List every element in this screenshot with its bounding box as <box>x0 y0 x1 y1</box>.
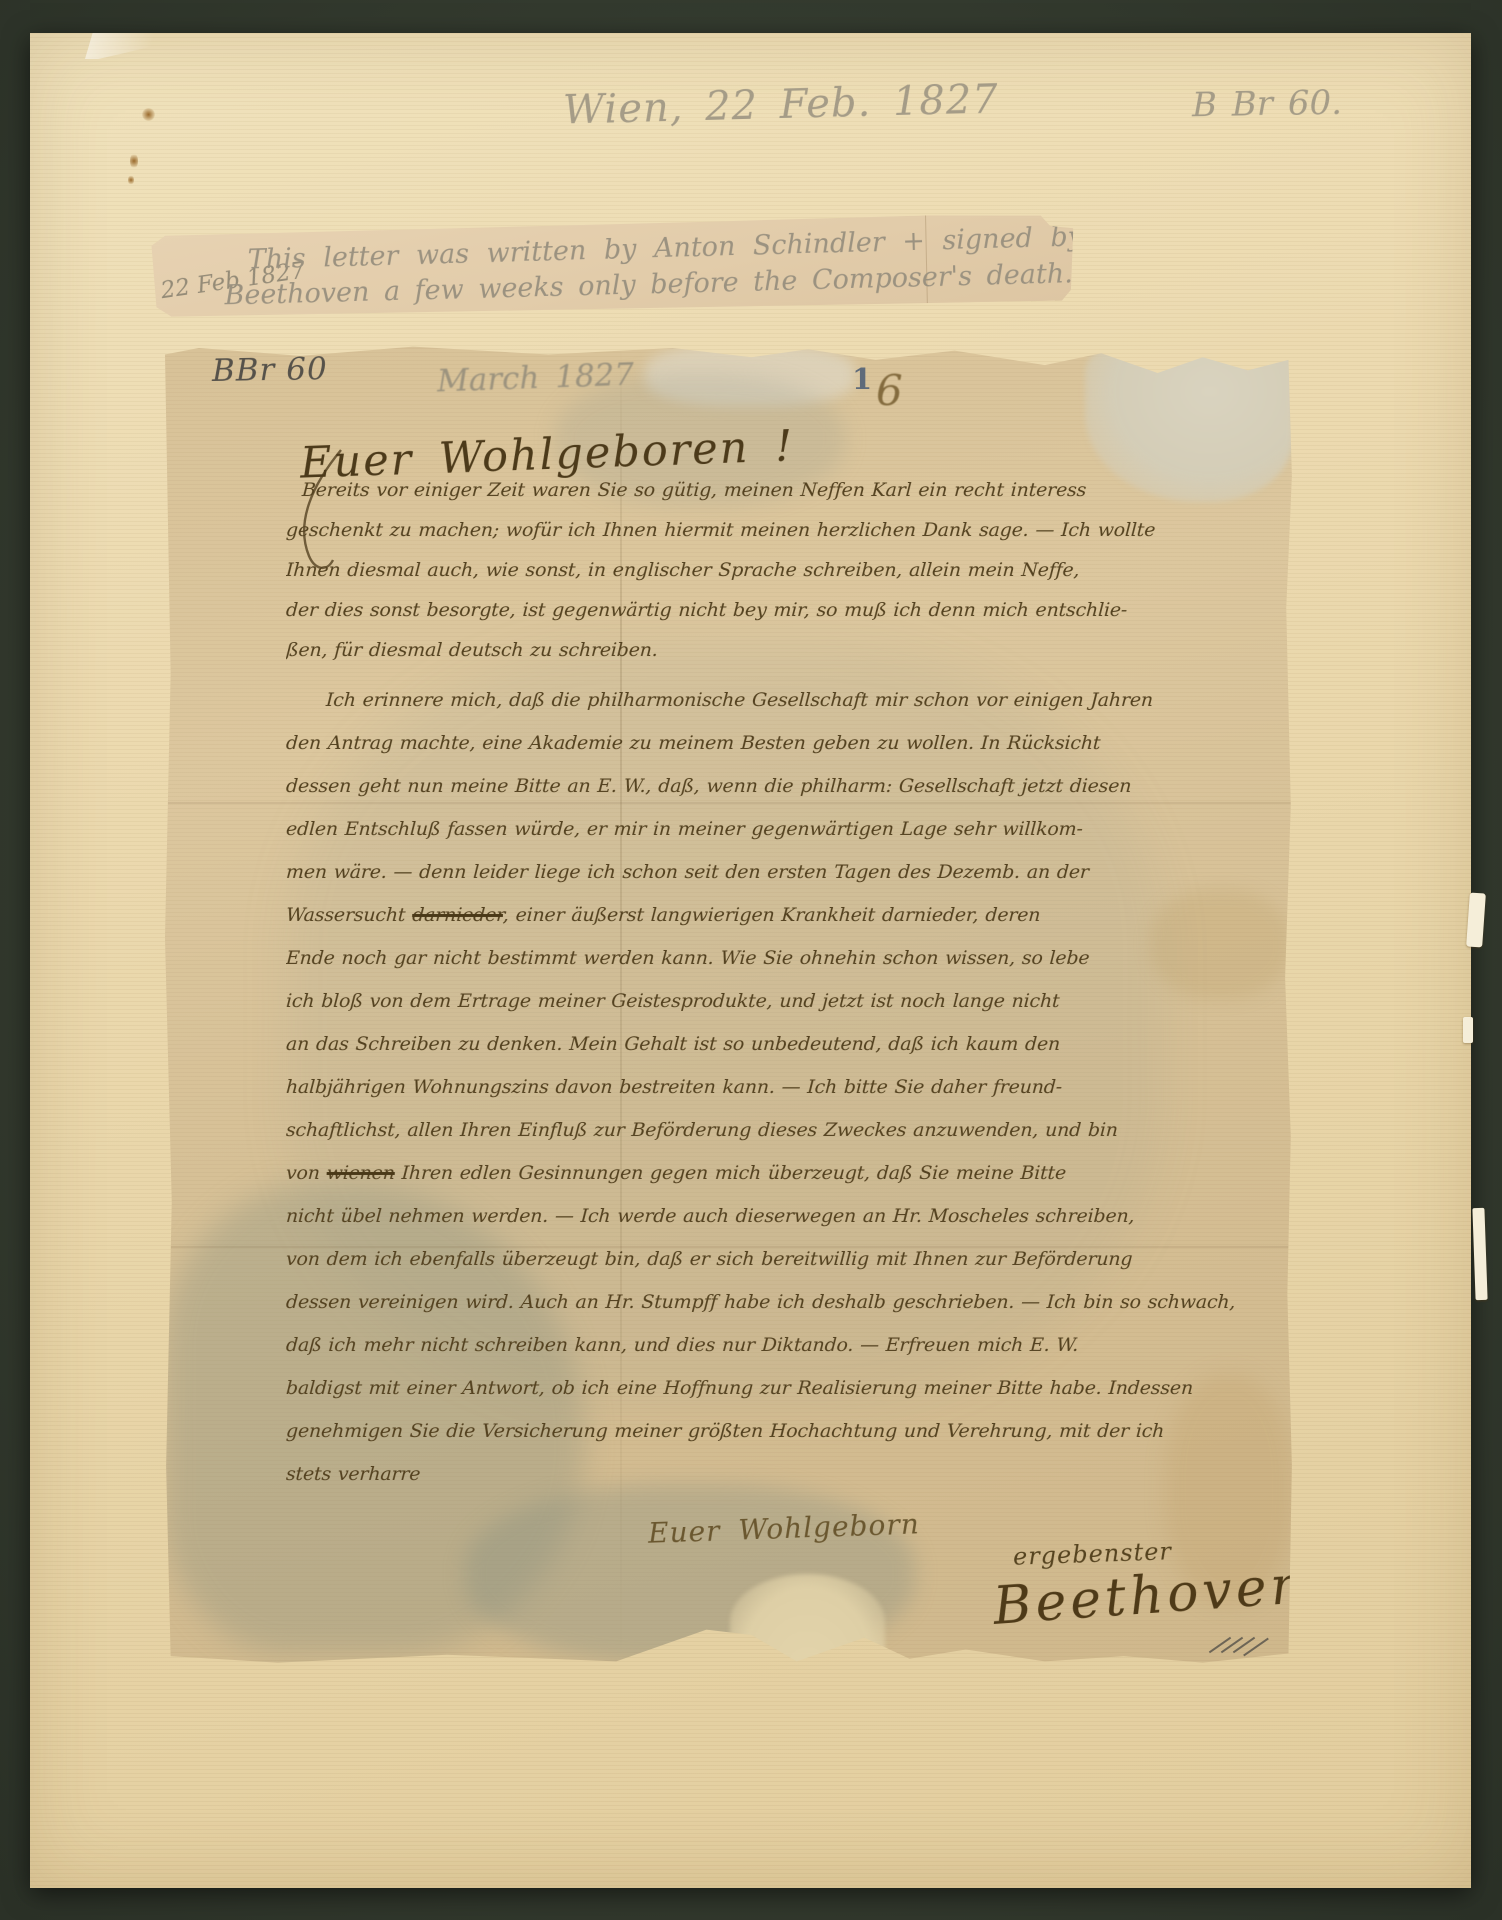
pencil-shelfmark-annotation: B Br 60. <box>1192 83 1343 126</box>
letter-body-paragraph-2: Ich erinnere mich, daß die philharmonisc… <box>286 679 1296 1496</box>
letter-body-line: ßen, für diesmal deutsch zu schreiben. <box>286 630 1296 670</box>
letter-body-line: baldigst mit einer Antwort, ob ich eine … <box>286 1367 1296 1410</box>
foxing-spot <box>130 153 138 169</box>
letter-body-line: genehmigen Sie die Versicherung meiner g… <box>286 1410 1296 1453</box>
letter-body-line: nicht übel nehmen werden. — Ich werde au… <box>286 1195 1296 1238</box>
letter-number-annotation: 1 <box>852 362 872 396</box>
letter-body-line: stets verharre <box>286 1453 1296 1496</box>
letter-body-line: der dies sonst besorgte, ist gegenwärtig… <box>286 590 1296 630</box>
letter-body-line: Ihnen diesmal auch, wie sonst, in englis… <box>286 550 1296 590</box>
letter-number-flourish: 6 <box>876 366 903 415</box>
mount-corner-fold <box>85 33 180 59</box>
letter-body-line: Ende noch gar nicht bestimmt werden kann… <box>286 937 1296 980</box>
letter-body-line: geschenkt zu machen; wofür ich Ihnen hie… <box>286 510 1296 550</box>
letter-closing: Euer Wohlgeborn <box>648 1507 921 1549</box>
letter-pencil-date-annotation: March 1827 <box>436 357 634 400</box>
foxing-spot <box>128 175 134 185</box>
paper-remnant <box>1472 1208 1487 1300</box>
letter-body-line: Wassersucht darnieder, einer äußerst lan… <box>286 894 1296 937</box>
signature-hatch-mark <box>1213 1632 1275 1658</box>
letter-shelfmark-annotation: BBr 60 <box>212 351 328 389</box>
letter-body-line: schaftlichst, allen Ihren Einfluß zur Be… <box>286 1109 1296 1152</box>
letter-body-paragraph-1: Bereits vor einiger Zeit waren Sie so gü… <box>286 470 1296 670</box>
photo-background: Wien, 22 Feb. 1827 B Br 60. 22 Feb 1827 … <box>0 0 1502 1920</box>
letter-body-line: an das Schreiben zu denken. Mein Gehalt … <box>286 1023 1296 1066</box>
letter-body-line: dessen vereinigen wird. Auch an Hr. Stum… <box>286 1281 1296 1324</box>
letter-body-line: Bereits vor einiger Zeit waren Sie so gü… <box>286 470 1296 510</box>
letter-body-line: dessen geht nun meine Bitte an E. W., da… <box>286 765 1296 808</box>
paper-remnant <box>1463 1017 1473 1043</box>
letter-body-line: men wäre. — denn leider liege ich schon … <box>286 851 1296 894</box>
letter-body-line: daß ich mehr nicht schreiben kann, und d… <box>286 1324 1296 1367</box>
letter-paper: BBr 60 March 1827 1 6 Euer Wohlgeboren !… <box>165 344 1293 1664</box>
letter-body-line: ich bloß von dem Ertrage meiner Geistesp… <box>286 980 1296 1023</box>
letter-body-line: von dem ich ebenfalls überzeugt bin, daß… <box>286 1238 1296 1281</box>
letter-body-line: von wienen Ihren edlen Gesinnungen gegen… <box>286 1152 1296 1195</box>
letter-body-line: edlen Entschluß fassen würde, er mir in … <box>286 808 1296 851</box>
paper-remnant <box>1466 893 1486 948</box>
letter-body-line: Ich erinnere mich, daß die philharmonisc… <box>286 679 1296 722</box>
foxing-spot <box>142 108 155 121</box>
letter-body-line: den Antrag machte, eine Akademie zu mein… <box>286 722 1296 765</box>
letter-body-line: halbjährigen Wohnungszins davon bestreit… <box>286 1066 1296 1109</box>
